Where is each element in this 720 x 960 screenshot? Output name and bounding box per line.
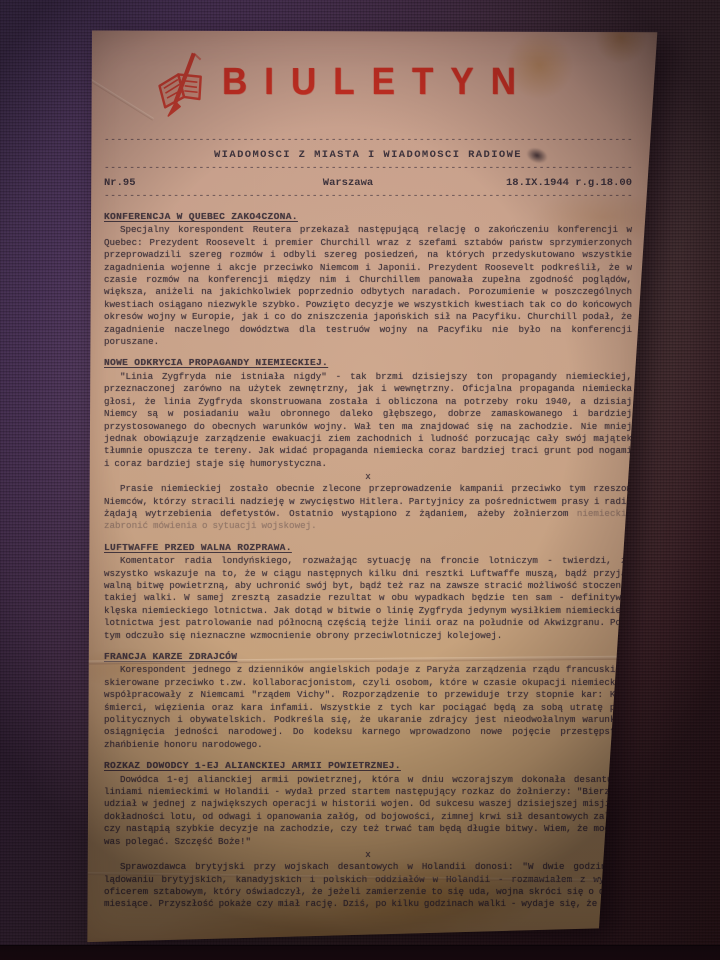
paragraph-separator: x — [104, 849, 632, 860]
bulletin-title: BIULETYN — [222, 60, 533, 103]
article-heading: KONFERENCJA W QUEBEC ZAKO4CZONA. — [104, 211, 298, 223]
city: Warszawa — [244, 177, 452, 189]
bulletin-page: BIULETYN -------------------------------… — [78, 24, 662, 944]
corner-crease — [78, 70, 154, 120]
article-german-propaganda: NOWE ODKRYCIA PROPAGANDY NIEMIECKIEJ. "L… — [104, 357, 632, 532]
article-paragraph: Specjalny korespondent Reutera przekazał… — [104, 224, 632, 348]
article-france-traitors: FRANCJA KARZE ZDRAJCÓW Korespondent jedn… — [104, 651, 632, 751]
article-paragraph: Prasie niemieckiej zostało obecnie zleco… — [104, 483, 632, 533]
article-luftwaffe: LUFTWAFFE PRZED WALNA ROZPRAWA. Komentat… — [104, 542, 632, 642]
article-heading: NOWE ODKRYCIA PROPAGANDY NIEMIECKIEJ. — [104, 357, 328, 369]
mat-edge — [0, 945, 720, 960]
article-paragraph: Komentator radia londyńskiego, rozważają… — [104, 555, 632, 642]
article-paragraph: Dowódca 1-ej alianckiej armii powietrzne… — [104, 774, 632, 848]
article-heading: ROZKAZ DOWODCY 1-EJ ALIANCKIEJ ARMII POW… — [104, 760, 401, 772]
article-airborne-army-order: ROZKAZ DOWODCY 1-EJ ALIANCKIEJ ARMII POW… — [104, 760, 632, 910]
dashed-rule-bottom: ----------------------------------------… — [104, 192, 632, 201]
banner-row: WIADOMOSCI Z MIASTA I WIADOMOSCI RADIOWE — [104, 149, 632, 161]
article-paragraph: Sprawozdawca brytyjski przy wojskach des… — [104, 861, 632, 911]
paper-shadow-wrap: BIULETYN -------------------------------… — [78, 24, 662, 944]
article-quebec-conference: KONFERENCJA W QUEBEC ZAKO4CZONA. Specjal… — [104, 211, 632, 348]
article-paragraph: Korespondent jednego z dzienników angiel… — [104, 664, 632, 751]
article-paragraph: "Linia Zygfryda nie istniała nigdy" - ta… — [104, 371, 632, 470]
paragraph-text: Prasie niemieckiej zostało obecnie zleco… — [104, 483, 632, 519]
masthead: BIULETYN — [152, 24, 632, 124]
article-heading: FRANCJA KARZE ZDRAJCÓW — [104, 651, 237, 663]
issue-number: Nr.95 — [104, 177, 244, 189]
article-heading: LUFTWAFFE PRZED WALNA ROZPRAWA. — [104, 542, 292, 554]
paragraph-separator: x — [104, 471, 632, 482]
photograph-background: BIULETYN -------------------------------… — [0, 0, 720, 960]
issue-meta-row: Nr.95 Warszawa 18.IX.1944 r.g.18.00 — [104, 177, 632, 189]
banner-text: WIADOMOSCI Z MIASTA I WIADOMOSCI RADIOWE — [214, 149, 522, 161]
dashed-rule-top: ----------------------------------------… — [104, 136, 632, 145]
book-and-pen-stamp-icon — [148, 48, 218, 128]
dashed-rule-middle: ----------------------------------------… — [104, 164, 632, 173]
date-time: 18.IX.1944 r.g.18.00 — [452, 177, 632, 189]
article-list: KONFERENCJA W QUEBEC ZAKO4CZONA. Specjal… — [104, 211, 632, 911]
ink-smudge — [524, 145, 550, 166]
